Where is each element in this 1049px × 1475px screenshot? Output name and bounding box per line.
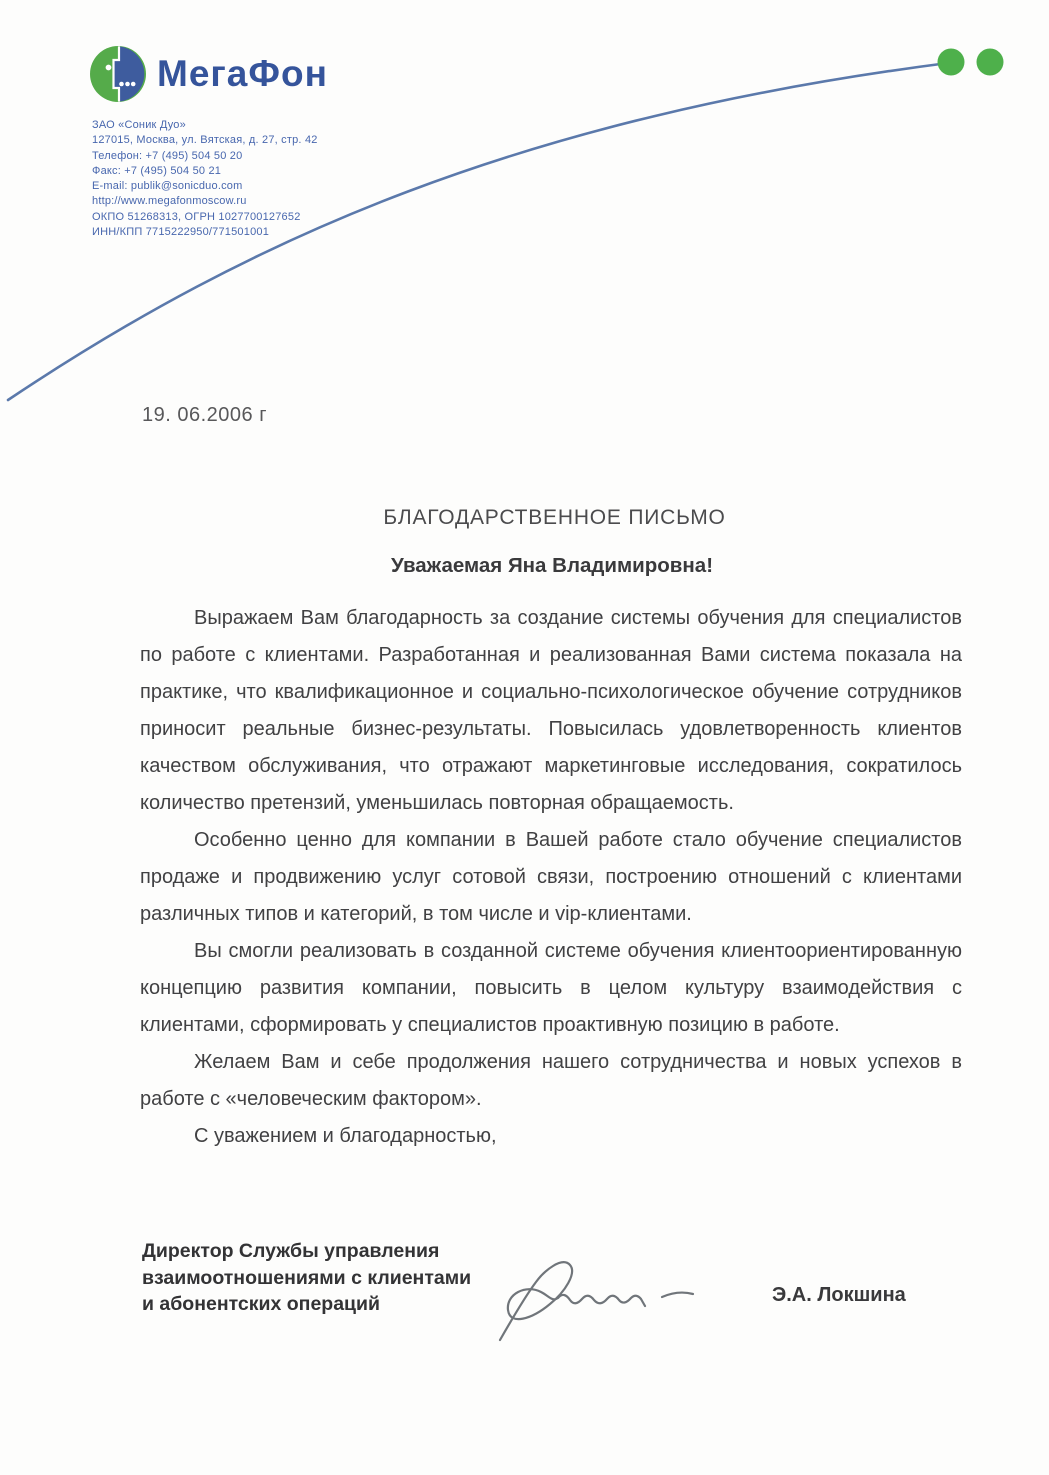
paragraph-3: Вы смогли реализовать в созданной систем… [140, 933, 962, 1044]
company-email: E-mail: publik@sonicduo.com [92, 179, 318, 194]
signer-name: Э.А. Локшина [772, 1284, 906, 1307]
closing-line: С уважением и благодарностью, [140, 1118, 962, 1155]
letter-title: БЛАГОДАРСТВЕННОЕ ПИСЬМО [60, 506, 1049, 530]
company-address: 127015, Москва, ул. Вятская, д. 27, стр.… [92, 133, 318, 148]
company-info-block: ЗАО «Соник Дуо» 127015, Москва, ул. Вятс… [92, 118, 318, 240]
company-fax: Факс: +7 (495) 504 50 21 [92, 164, 318, 179]
paragraph-2: Особенно ценно для компании в Вашей рабо… [140, 822, 962, 933]
signer-position-line: взаимоотношениями с клиентами [142, 1265, 471, 1292]
megafon-logo: МегаФон [88, 44, 328, 104]
green-dot-icon [938, 49, 965, 76]
letter-page: МегаФон ЗАО «Соник Дуо» 127015, Москва, … [0, 0, 1049, 1475]
signer-position-line: Директор Службы управления [142, 1238, 471, 1265]
company-okpo-ogrn: ОКПО 51268313, ОГРН 1027700127652 [92, 210, 318, 225]
logo-wordmark: МегаФон [157, 53, 328, 95]
company-phone: Телефон: +7 (495) 504 50 20 [92, 149, 318, 164]
signer-position-line: и абонентских операций [142, 1291, 471, 1318]
salutation: Уважаемая Яна Владимировна! [55, 554, 1049, 578]
handwritten-signature-icon [478, 1248, 710, 1350]
paragraph-4: Желаем Вам и себе продолжения нашего сот… [140, 1044, 962, 1118]
green-dot-icon [977, 49, 1004, 76]
megafon-logo-icon [88, 44, 148, 104]
company-website: http://www.megafonmoscow.ru [92, 194, 318, 209]
company-inn-kpp: ИНН/КПП 7715222950/771501001 [92, 225, 318, 240]
letter-date: 19. 06.2006 г [142, 404, 267, 427]
signer-position: Директор Службы управления взаимоотношен… [142, 1238, 471, 1318]
letter-body: Выражаем Вам благодарность за создание с… [140, 600, 962, 1155]
paragraph-1: Выражаем Вам благодарность за создание с… [140, 600, 962, 822]
company-name: ЗАО «Соник Дуо» [92, 118, 318, 133]
